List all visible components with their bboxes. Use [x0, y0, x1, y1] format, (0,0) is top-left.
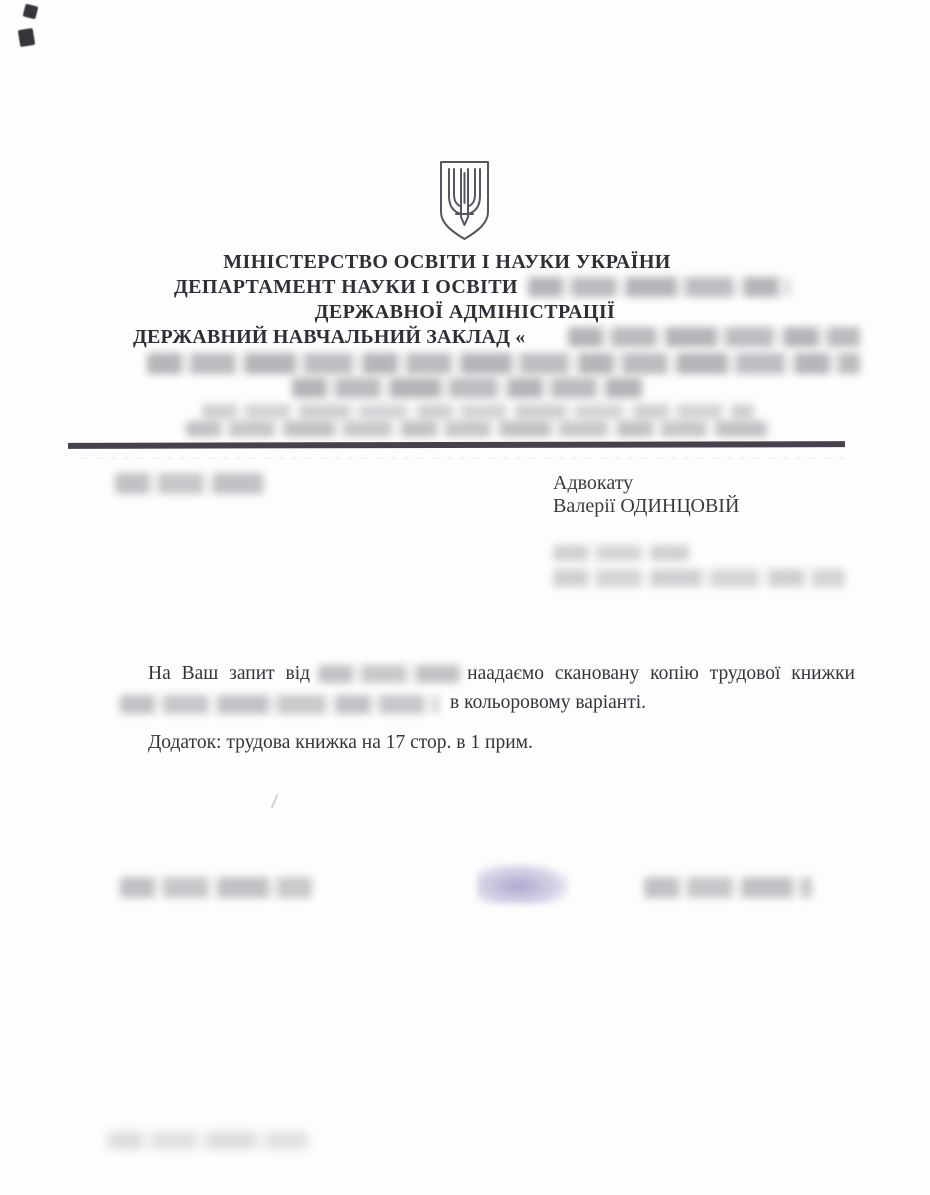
- body-text-start: На Ваш запит від: [148, 663, 310, 685]
- scan-artifact-mark: [23, 4, 39, 20]
- scanned-letter-page: { "document": { "kind": "scanned officia…: [0, 0, 930, 1195]
- scan-noise-line: [82, 457, 852, 459]
- ministry-title: МІНІСТЕРСТВО ОСВІТИ І НАУКИ УКРАЇНИ: [0, 251, 912, 274]
- attachment-note: Додаток: трудова книжка на 17 стор. в 1 …: [148, 732, 533, 754]
- redacted-person-name: [120, 695, 438, 714]
- redacted-region-name: [528, 277, 790, 297]
- body-text-end: наадаємо скановану копію трудової книжки: [467, 663, 855, 685]
- redacted-institution-name-line3: [292, 378, 642, 398]
- body-paragraph-line1: На Ваш запит від наадаємо скановану копі…: [148, 663, 855, 685]
- redacted-address-line2: [186, 421, 770, 437]
- header-divider-rule: [68, 441, 845, 449]
- redacted-recipient-address-line2: [553, 569, 845, 587]
- administration-title: ДЕРЖАВНОЇ АДМІНІСТРАЦІЇ: [0, 301, 930, 324]
- recipient-name: Валерії ОДИНЦОВІЙ: [553, 495, 739, 518]
- redacted-recipient-address-line1: [553, 545, 689, 561]
- redacted-signer-name: [644, 877, 812, 898]
- ukraine-trident-emblem-icon: [436, 159, 493, 242]
- pen-tick-mark: [271, 794, 290, 813]
- institution-title: ДЕРЖАВНИЙ НАВЧАЛЬНИЙ ЗАКЛАД «: [133, 326, 526, 349]
- department-title: ДЕПАРТАМЕНТ НАУКИ І ОСВІТИ: [174, 276, 518, 299]
- body-paragraph-line2: в кольоровому варіанті.: [450, 692, 646, 714]
- redacted-institution-name-line2: [147, 353, 860, 374]
- redacted-signature-script: [477, 864, 569, 904]
- redacted-reference-number: [115, 473, 265, 494]
- recipient-role: Адвокату: [553, 472, 633, 495]
- redacted-signer-title: [120, 877, 312, 898]
- redacted-institution-name: [568, 327, 860, 347]
- redacted-footer-contact: [108, 1132, 308, 1149]
- scan-artifact-mark: [18, 28, 35, 47]
- redacted-date: [318, 665, 460, 683]
- redacted-address-line1: [202, 404, 754, 419]
